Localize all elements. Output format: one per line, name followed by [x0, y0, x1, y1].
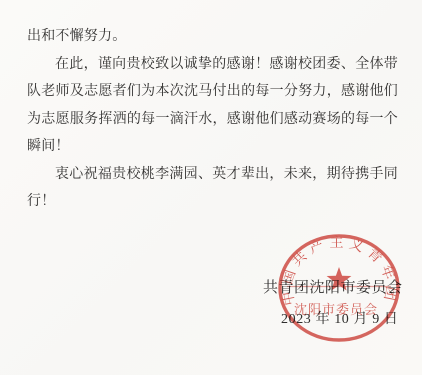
paragraph-continuation: 出和不懈努力。 — [27, 23, 398, 51]
signature-organization: 共青团沈阳市委员会 — [263, 276, 403, 297]
paragraph-thanks: 在此，谨向贵校致以诚挚的感谢！感谢校团委、全体带队老师及志愿者们为本次沈马付出的… — [27, 51, 398, 161]
signature-date: 2023 年 10 月 9 日 — [281, 308, 399, 328]
paragraph-wishes: 衷心祝福贵校桃李满园、英才辈出，未来，期待携手同行！ — [27, 161, 398, 216]
letter-page: 出和不懈努力。 在此，谨向贵校致以诚挚的感谢！感谢校团委、全体带队老师及志愿者们… — [0, 0, 422, 375]
letter-body: 出和不懈努力。 在此，谨向贵校致以诚挚的感谢！感谢校团委、全体带队老师及志愿者们… — [27, 23, 398, 216]
